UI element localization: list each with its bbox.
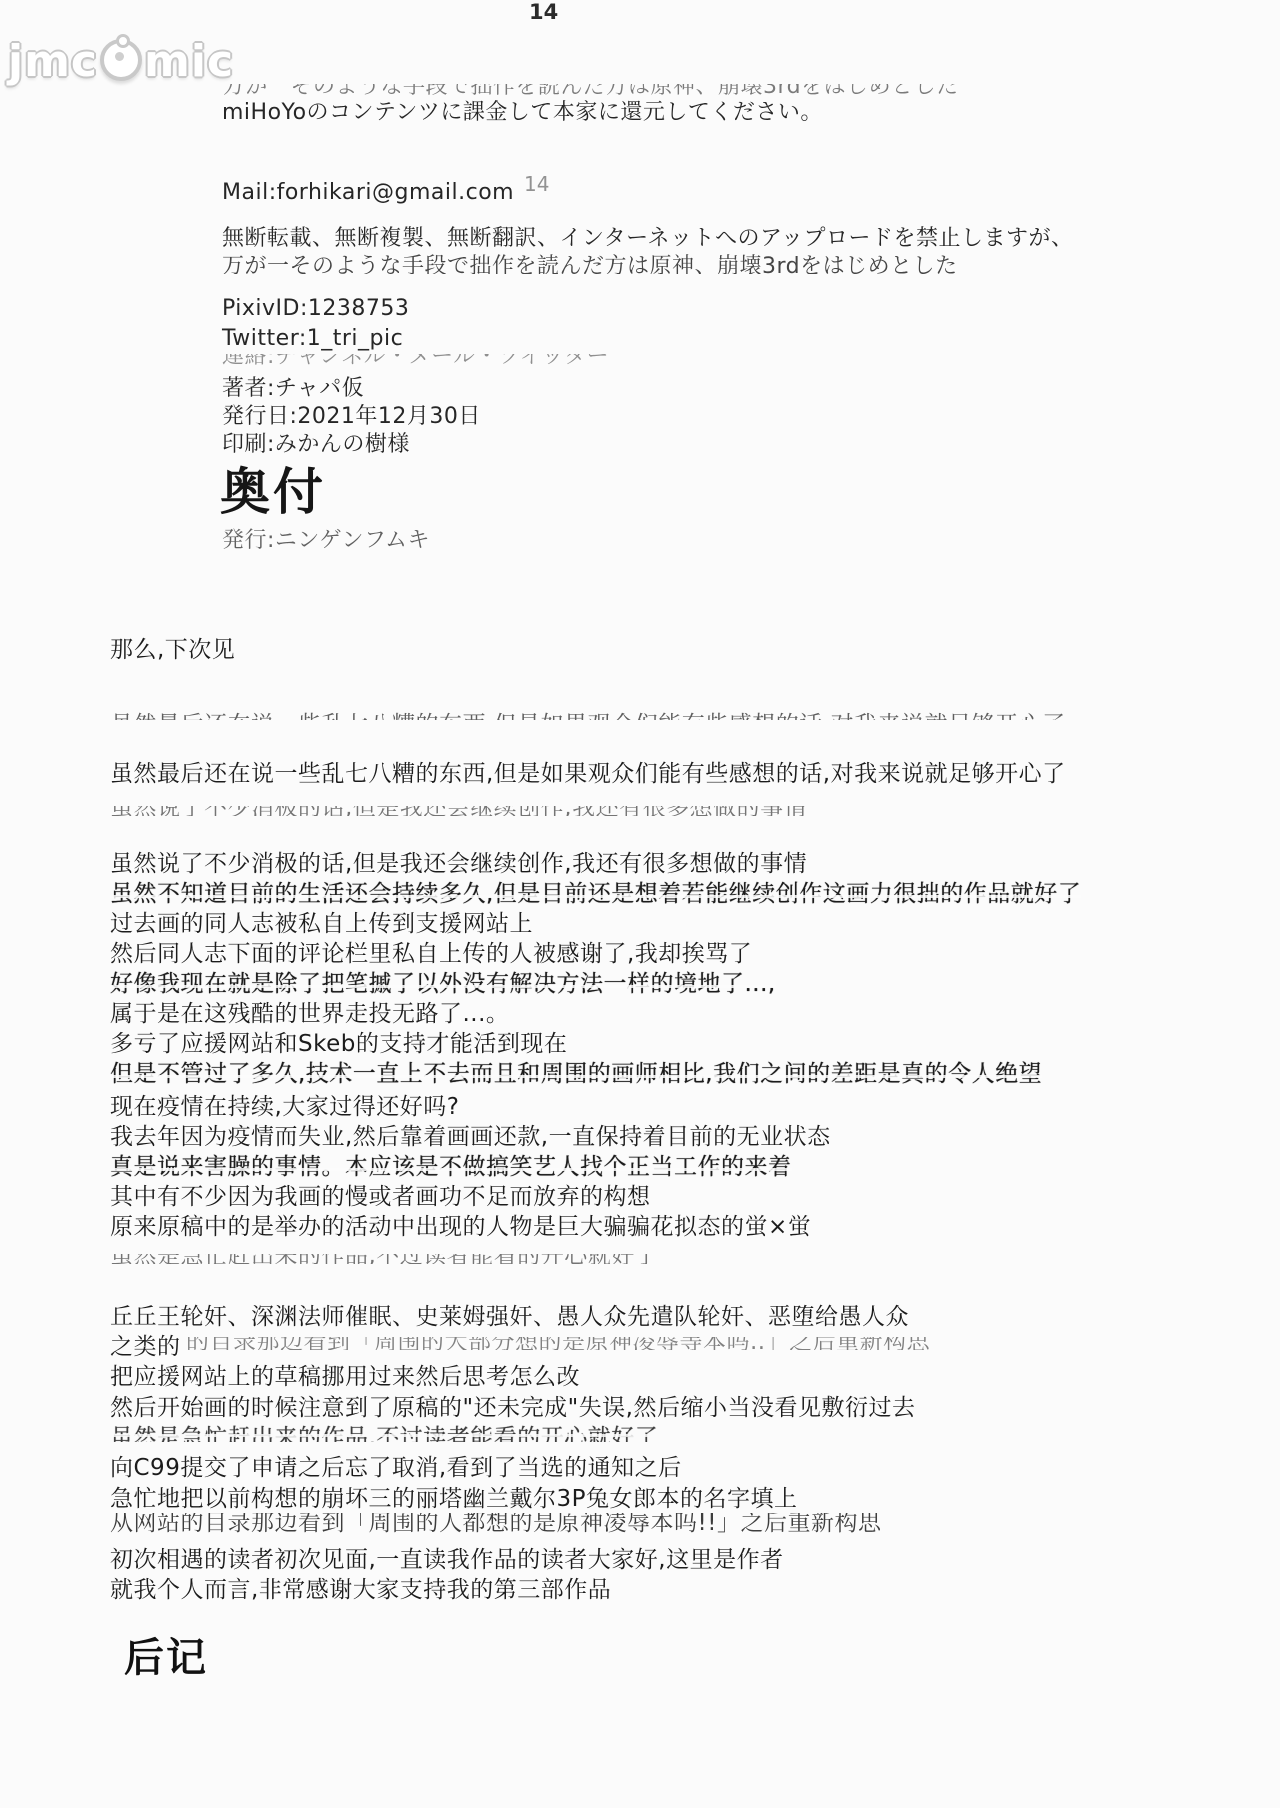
colophon-mihoyo-line: miHoYoのコンテンツに課金して本家に還元してください。 (222, 100, 823, 127)
afterword-line: 虽然不知道目前的生活还会持续多久,但是目前还是想着若能继续创作这画力很拙的作品就… (110, 880, 1081, 908)
line-text: 虽然最后还在说一些乱七八糟的东西,但是如果观众们能有些感想的话,对我来说就足够开… (110, 712, 1190, 720)
afterword-line: 向C99提交了申请之后忘了取消,看到了当选的通知之后 (110, 1454, 682, 1482)
afterword-line: 之类的的目录那边看到「周围的大部分想的是原神凌辱等本吗..」之后重新构思 (110, 1333, 181, 1361)
scan-artifact-line: 虽然最后还在说一些乱七八糟的东西,但是如果观众们能有些感想的话,对我来说就足够开… (110, 712, 1190, 720)
colophon-pixiv-line: PixivID:1238753 (222, 296, 409, 323)
afterword-line: 过去画的同人志被私自上传到支援网站上 (110, 910, 533, 938)
afterword-line: 初次相遇的读者初次见面,一直读我作品的读者大家好,这里是作者 (110, 1546, 784, 1574)
afterword-line: 属于是在这残酷的世界走投无路了...。 (110, 1000, 509, 1028)
scan-artifact-line: 連絡:チャンネル・メール・ツイッター (222, 354, 822, 366)
scan-artifact-line: 虽然是急忙赶出来的作品,不过读者能看的开心就好了 (110, 1254, 1190, 1264)
colophon-printer-line: 印刷:みかんの樹様 (222, 432, 410, 459)
afterword-line: 我去年因为疫情而失业,然后靠着画画还款,一直保持着目前的无业状态 (110, 1123, 831, 1151)
afterword-line: 从网站的目录那边看到「周围的人都想的是原神凌辱本吗!!」之后重新构思 (110, 1513, 1190, 1535)
scan-artifact-line: 虽然说了不少消极的话,但是我还会继续创作,我还有很多想做的事情 (110, 806, 1190, 816)
afterword-line: 虽然说了不少消极的话,但是我还会继续创作,我还有很多想做的事情 (110, 850, 807, 878)
scan-artifact-line: 万が一そのような手段で拙作を読んだ方は原神、崩壊3rdをはじめとした (223, 84, 1123, 99)
afterword-line: 其中有不少因为我画的慢或者画功不足而放弃的构想 (110, 1183, 651, 1211)
colophon-notice-line-1: 無断転載、無断複製、無断翻訳、インターネットへのアップロードを禁止しますが、 (222, 226, 1073, 253)
afterword-line: 然后开始画的时候注意到了原稿的"还未完成"失误,然后缩小当没看见敷衍过去 (110, 1394, 915, 1422)
afterword-line: 丘丘王轮奸、深渊法师催眠、史莱姆强奸、愚人众先遣队轮奸、恶堕给愚人众 (110, 1303, 909, 1331)
notice-text: 万が一そのような手段で拙作を読んだ方は原神、崩壊3rdをはじめとした (222, 254, 1122, 274)
afterword-line: 把应援网站上的草稿挪用过来然后思考怎么改 (110, 1363, 580, 1391)
colophon-mail-line: Mail:forhikari@gmail.com (222, 180, 514, 207)
colophon-publisher-line: 発行:ニンゲンフムキ (222, 528, 722, 549)
line-text: 虽然是急忙赶出来的作品,不过读者能看的开心就好了 (110, 1424, 1190, 1442)
colophon-heading: 奥付 (220, 462, 326, 523)
afterword-line: 真是说来害臊的事情。本应该是不做搞笑艺人找个正当工作的来着 (110, 1153, 792, 1181)
jmcomic-watermark: jmcmic (8, 36, 234, 87)
afterword-line: 急忙地把以前构想的崩坏三的丽塔幽兰戴尔3P兔女郎本的名字填上 (110, 1485, 798, 1513)
afterword-line: 虽然是急忙赶出来的作品,不过读者能看的开心就好了 (110, 1424, 1190, 1442)
colophon-twitter-line: Twitter:1_tri_pic (222, 326, 403, 353)
chick-mascot-icon (100, 39, 142, 81)
line-text: 从网站的目录那边看到「周围的人都想的是原神凌辱本吗!!」之后重新构思 (110, 1513, 1190, 1535)
watermark-text-left: jmc (8, 36, 98, 87)
afterword-line: 然后同人志下面的评论栏里私自上传的人被感谢了,我却挨骂了 (110, 940, 752, 968)
afterword-line: 那么,下次见 (110, 636, 235, 664)
colophon-author-line: 著者:チャパ仮 (222, 376, 364, 403)
line-text: 之类的 (110, 1334, 181, 1360)
page-number: 14 (529, 0, 558, 26)
afterword-line: 但是不管过了多久,技术一直上不去而且和周围的画师相比,我们之间的差距是真的令人绝… (110, 1060, 1042, 1088)
artifact-text: 連絡:チャンネル・メール・ツイッター (222, 354, 822, 366)
colophon-date-line: 発行日:2021年12月30日 (222, 404, 481, 431)
afterword-line: 现在疫情在持续,大家过得还好吗? (110, 1093, 460, 1121)
afterword-line: 虽然最后还在说一些乱七八糟的东西,但是如果观众们能有些感想的话,对我来说就足够开… (110, 760, 1066, 788)
scanned-page: 14 jmcmic 万が一そのような手段で拙作を読んだ方は原神、崩壊3rdをはじ… (0, 0, 1280, 1808)
afterword-line: 原来原稿中的是举办的活动中出现的人物是巨大骗骗花拟态的蛍×蛍 (110, 1213, 811, 1241)
line-text: 虽然说了不少消极的话,但是我还会继续创作,我还有很多想做的事情 (110, 806, 1190, 816)
publisher-text: 発行:ニンゲンフムキ (222, 528, 722, 549)
afterword-heading: 后记 (124, 1634, 208, 1683)
watermark-text-right: mic (144, 36, 234, 87)
scan-artifact-overlay: 的目录那边看到「周围的大部分想的是原神凌辱等本吗..」之后重新构思 (186, 1337, 1116, 1350)
page-number-ghost: 14 (524, 172, 549, 196)
colophon-notice-line-2: 万が一そのような手段で拙作を読んだ方は原神、崩壊3rdをはじめとした (222, 254, 1122, 274)
afterword-line: 多亏了应援网站和Skeb的支持才能活到现在 (110, 1030, 567, 1058)
afterword-line: 就我个人而言,非常感谢大家支持我的第三部作品 (110, 1576, 611, 1604)
artifact-text: 万が一そのような手段で拙作を読んだ方は原神、崩壊3rdをはじめとした (223, 84, 1123, 99)
artifact-text: 的目录那边看到「周围的大部分想的是原神凌辱等本吗..」之后重新构思 (186, 1337, 1116, 1350)
afterword-line: 好像我现在就是除了把笔摵了以外没有解决方法一样的境地了..., (110, 970, 776, 998)
line-text: 虽然是急忙赶出来的作品,不过读者能看的开心就好了 (110, 1254, 1190, 1264)
